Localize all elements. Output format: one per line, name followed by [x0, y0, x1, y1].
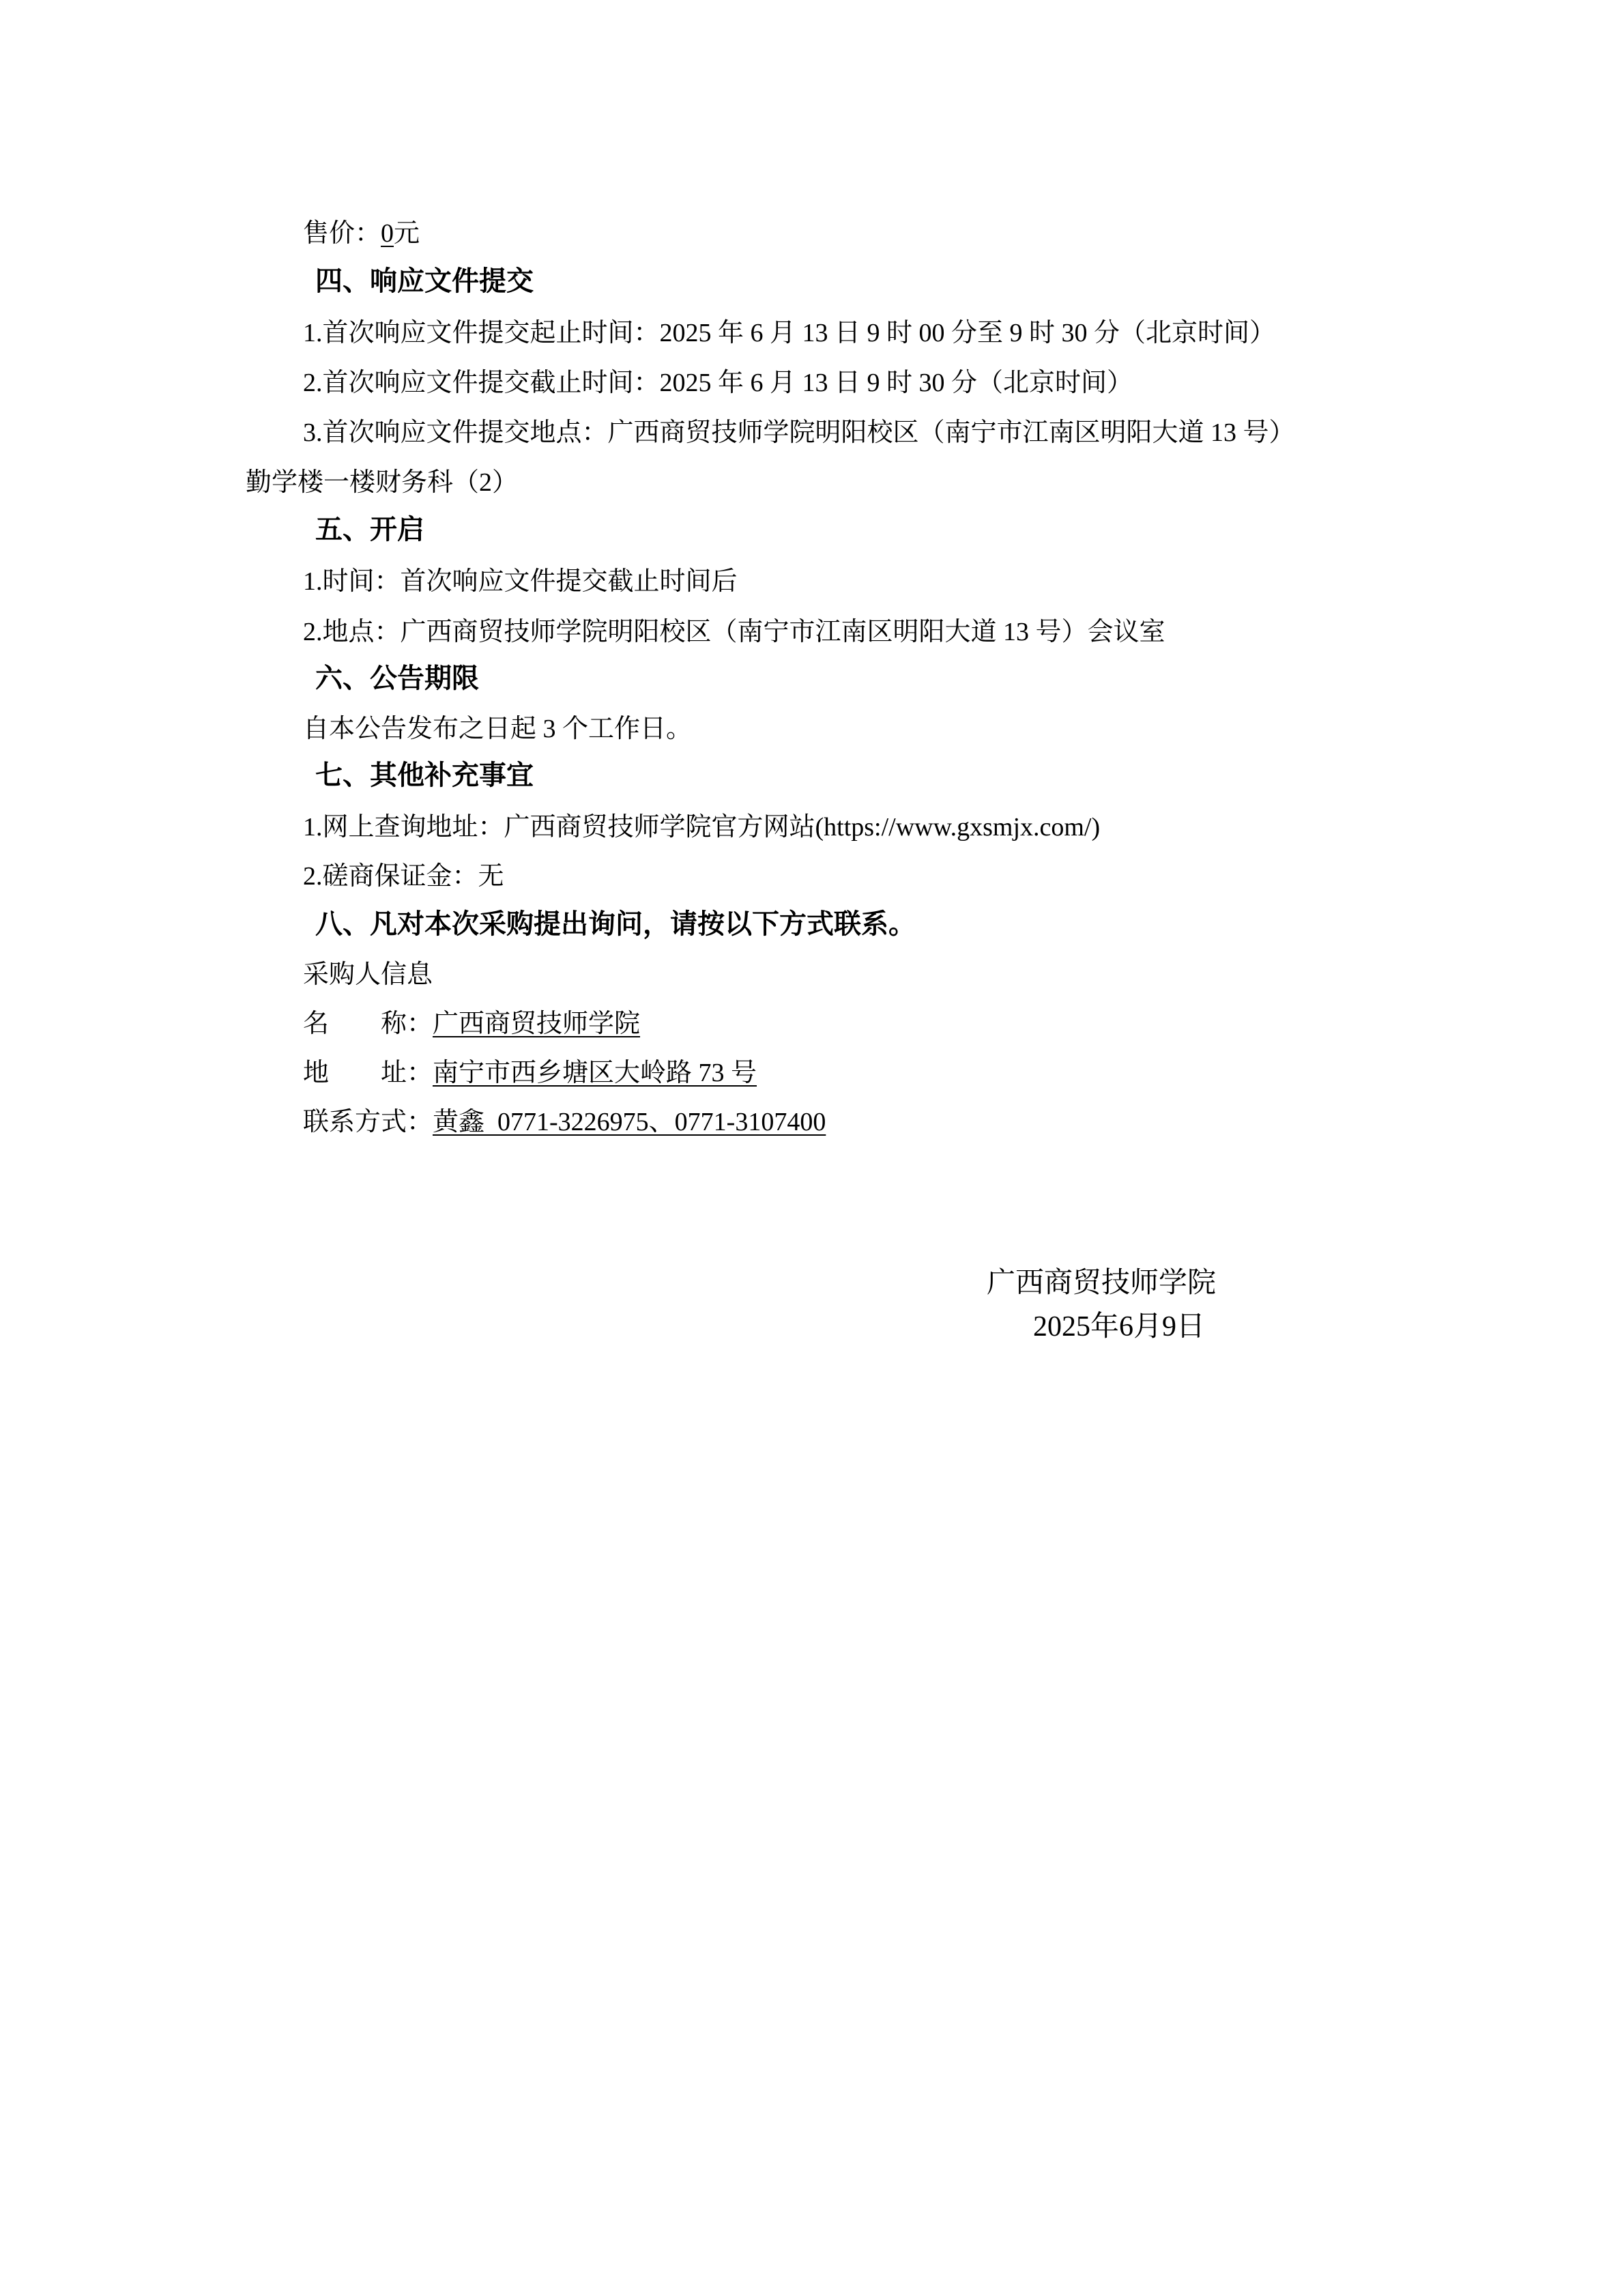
purchaser-phone-label: 联系方式： [303, 1106, 433, 1138]
section-4-item-3-cont: 勤学楼一楼财务科（2） [246, 466, 518, 499]
purchaser-phone-value: 黄鑫 0771-3226975、0771-3107400 [433, 1108, 826, 1136]
purchaser-name-line: 名 称：广西商贸技师学院 [303, 1007, 640, 1040]
section-5-title: 五、开启 [315, 513, 424, 546]
signature-organization: 广西商贸技师学院 [987, 1264, 1216, 1302]
purchaser-address-line: 地 址：南宁市西乡塘区大岭路 73 号 [303, 1057, 757, 1089]
price-line: 售价：0元 [303, 217, 420, 250]
price-unit: 元 [394, 219, 420, 248]
section-4-title: 四、响应文件提交 [315, 265, 534, 298]
purchaser-address-label: 地 址： [303, 1057, 433, 1089]
price-label: 售价： [303, 219, 381, 248]
section-5-item-1: 1.时间：首次响应文件提交截止时间后 [303, 565, 738, 598]
section-6-item-1: 自本公告发布之日起 3 个工作日。 [303, 713, 692, 745]
purchaser-info-title: 采购人信息 [303, 958, 433, 991]
purchaser-phone-line: 联系方式：黄鑫 0771-3226975、0771-3107400 [303, 1106, 826, 1138]
section-4-item-2: 2.首次响应文件提交截止时间：2025 年 6 月 13 日 9 时 30 分（… [303, 367, 1133, 399]
section-5-item-2: 2.地点：广西商贸技师学院明阳校区（南宁市江南区明阳大道 13 号）会议室 [303, 616, 1165, 648]
section-7-title: 七、其他补充事宜 [315, 759, 534, 792]
purchaser-name-value: 广西商贸技师学院 [433, 1009, 640, 1038]
section-7-item-1: 1.网上查询地址：广西商贸技师学院官方网站(https://www.gxsmjx… [303, 811, 1100, 844]
section-6-title: 六、公告期限 [315, 662, 479, 695]
section-4-item-3: 3.首次响应文件提交地点：广西商贸技师学院明阳校区（南宁市江南区明阳大道 13 … [303, 416, 1295, 449]
price-value: 0 [381, 219, 394, 248]
purchaser-name-label: 名 称： [303, 1007, 433, 1040]
signature-date: 2025年6月9日 [1033, 1308, 1205, 1346]
purchaser-address-value: 南宁市西乡塘区大岭路 73 号 [433, 1059, 757, 1087]
section-7-item-2: 2.磋商保证金：无 [303, 860, 504, 893]
section-4-item-1: 1.首次响应文件提交起止时间：2025 年 6 月 13 日 9 时 00 分至… [303, 317, 1275, 349]
section-8-title: 八、凡对本次采购提出询问，请按以下方式联系。 [315, 908, 916, 941]
